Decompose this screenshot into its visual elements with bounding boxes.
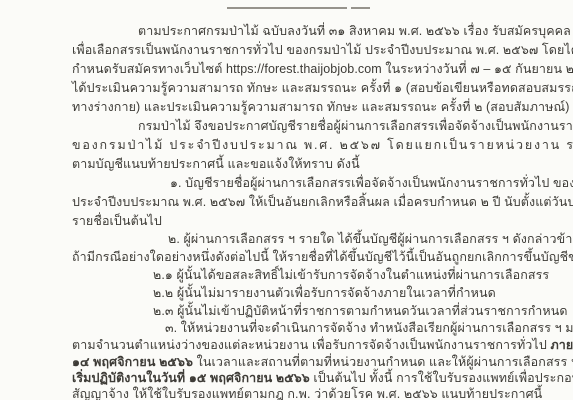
text-segment: เริ่มปฏิบัติงานในวันที่ [72, 371, 189, 385]
text-segment: ๑๕ พฤศจิกายน ๒๕๖๖ [189, 371, 310, 385]
top-divider-rule [227, 7, 347, 9]
text-line: ตามบัญชีแนบท้ายประกาศนี้ และขอแจ้งให้ทรา… [72, 157, 360, 172]
text-line: ๒.๒ ผู้นั้นไม่มารายงานตัวเพื่อรับการจัดจ… [153, 286, 496, 301]
text-line: ได้ประเมินความรู้ความสามารถ ทักษะ และสมร… [72, 81, 573, 96]
text-segment: ๒.๓ ผู้นั้นไม่เข้าปฏิบัติหน้าที่ราชการตา… [153, 304, 568, 318]
text-segment: ประจำปีงบประมาณ พ.ศ. ๒๕๖๗ ให้เป็นอันยกเล… [72, 195, 573, 209]
text-line: รายชื่อเป็นต้นไป [72, 214, 162, 229]
text-line: เริ่มปฏิบัติงานในวันที่ ๑๕ พฤศจิกายน ๒๕๖… [72, 371, 573, 386]
text-segment: แนบท้ายประกาศนี้ [438, 387, 542, 400]
text-segment: เพื่อเลือกสรรเป็นพนักงานราชการทั่วไป ของ… [72, 43, 573, 57]
text-line: ของกรมป่าไม้ ประจำปีงบประมาณ พ.ศ. ๒๕๖๗ โ… [72, 138, 573, 153]
text-line: ๓. ให้หน่วยงานที่จะดำเนินการจัดจ้าง ทำหน… [165, 321, 573, 336]
text-segment: ได้ประเมินความรู้ความสามารถ ทักษะ และสมร… [72, 81, 573, 95]
text-segment: ในเวลาและสถานที่ตามที่หน่วยงานกำหนด และใ… [193, 355, 573, 369]
text-line: ๑. บัญชีรายชื่อผู้ผ่านการเลือกสรรเพื่อจั… [170, 176, 573, 191]
text-line: ๒.๑ ผู้นั้นได้ขอสละสิทธิ์ไม่เข้ารับการจั… [153, 268, 549, 283]
text-line: ๑๔ พฤศจิกายน ๒๕๖๖ ในเวลาและสถานที่ตามที่… [72, 355, 573, 370]
text-line: สัญญาจ้าง ให้ใช้ใบรับรองแพทย์ตามกฎ ก.พ. … [72, 387, 542, 400]
text-segment: ในระหว่างวันที่ ๗ – ๑๕ กันยายน ๒๕๖๖ [382, 62, 573, 76]
text-segment: ทางร่างกาย) และประเมินความรู้ความสามารถ … [72, 100, 573, 114]
text-segment: ใบรับรองแพทย์ตามกฎ ก.พ. ว่าด้วยโรค พ.ศ. … [162, 387, 438, 400]
text-segment: ตามจำนวนตำแหน่งว่างของแต่ละหน่วยงาน เพื่… [72, 338, 550, 352]
text-line: ถ้ามีกรณีอย่างใดอย่างหนึ่งดังต่อไปนี้ ให… [72, 250, 573, 265]
text-segment: รายชื่อเป็นต้นไป [72, 214, 162, 228]
top-divider-rule-dash [351, 7, 370, 9]
text-line: ประจำปีงบประมาณ พ.ศ. ๒๕๖๗ ให้เป็นอันยกเล… [72, 195, 573, 210]
text-line: กำหนดรับสมัครทางเว็บไซต์ https://forest.… [72, 62, 573, 77]
text-line: เพื่อเลือกสรรเป็นพนักงานราชการทั่วไป ของ… [72, 43, 573, 58]
text-segment: กำหนดรับสมัครทางเว็บไซต์ [72, 62, 226, 76]
text-line: ทางร่างกาย) และประเมินความรู้ความสามารถ … [72, 100, 573, 115]
website-url: https://forest.thaijobjob.com [226, 62, 382, 76]
text-line: ตามประกาศกรมป่าไม้ ฉบับลงวันที่ ๓๑ สิงหา… [138, 24, 571, 39]
text-segment: ของกรมป่าไม้ ประจำปีงบประมาณ พ.ศ. ๒๕๖๗ โ… [72, 138, 573, 152]
text-segment: เป็นต้นไป ทั้งนี้ การใช้ใบรับรองแพทย์เพื… [310, 371, 573, 385]
text-segment: กรมป่าไม้ จึงขอประกาศบัญชีรายชื่อผู้ผ่าน… [138, 119, 573, 133]
text-line: กรมป่าไม้ จึงขอประกาศบัญชีรายชื่อผู้ผ่าน… [138, 119, 573, 134]
text-line: ๒.๓ ผู้นั้นไม่เข้าปฏิบัติหน้าที่ราชการตา… [153, 304, 568, 319]
text-segment: ๒. ผู้ผ่านการเลือกสรร ฯ รายใด ได้ขึ้นบัญ… [168, 232, 573, 246]
text-line: ๒. ผู้ผ่านการเลือกสรร ฯ รายใด ได้ขึ้นบัญ… [168, 232, 573, 247]
text-segment: สัญญาจ้าง ให้ใช้ [72, 387, 162, 400]
text-segment: ถ้ามีกรณีอย่างใดอย่างหนึ่งดังต่อไปนี้ ให… [72, 250, 573, 264]
text-segment: ๒.๒ ผู้นั้นไม่มารายงานตัวเพื่อรับการจัดจ… [153, 286, 496, 300]
text-segment: ตามประกาศกรมป่าไม้ ฉบับลงวันที่ ๓๑ สิงหา… [138, 24, 571, 38]
text-segment: ภายในวันที่ [550, 338, 573, 352]
text-segment: ๑๔ พฤศจิกายน ๒๕๖๖ [72, 355, 193, 369]
text-segment: ๒.๑ ผู้นั้นได้ขอสละสิทธิ์ไม่เข้ารับการจั… [153, 268, 549, 282]
text-segment: ตามบัญชีแนบท้ายประกาศนี้ และขอแจ้งให้ทรา… [72, 157, 360, 171]
text-line: ตามจำนวนตำแหน่งว่างของแต่ละหน่วยงาน เพื่… [72, 338, 573, 353]
document-page: ตามประกาศกรมป่าไม้ ฉบับลงวันที่ ๓๑ สิงหา… [0, 0, 573, 400]
text-segment: ๓. ให้หน่วยงานที่จะดำเนินการจัดจ้าง ทำหน… [165, 321, 573, 335]
text-segment: ๑. บัญชีรายชื่อผู้ผ่านการเลือกสรรเพื่อจั… [170, 176, 573, 190]
